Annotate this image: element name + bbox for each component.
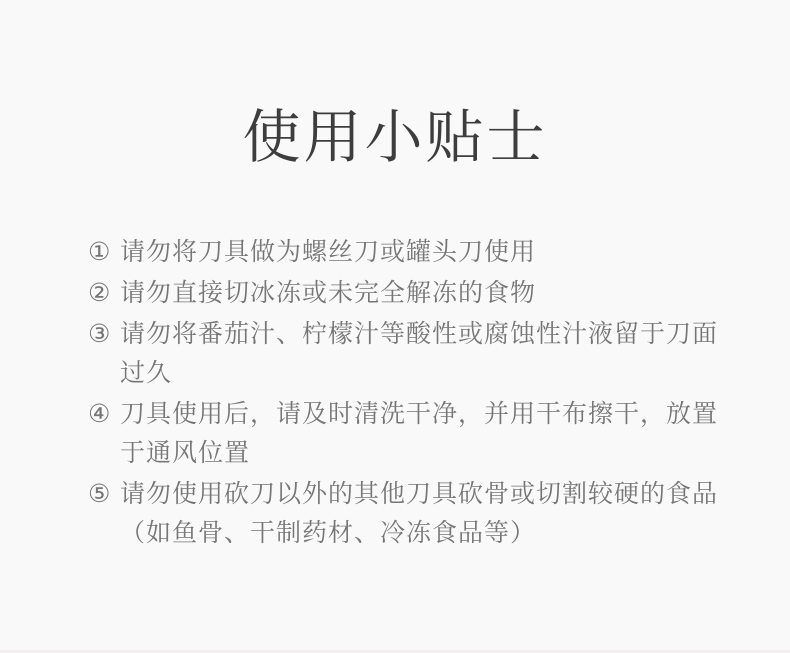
tip-marker: ⑤ [88, 475, 120, 514]
page-title: 使用小贴士 [0, 0, 790, 173]
tip-marker: ④ [88, 395, 120, 434]
tips-list: ① 请勿将刀具做为螺丝刀或罐头刀使用 ② 请勿直接切冰冻或未完全解冻的食物 ③ … [0, 233, 790, 553]
tip-text: 请勿将番茄汁、柠檬汁等酸性或腐蚀性汁液留于刀面过久 [120, 315, 732, 393]
tip-text: 请勿直接切冰冻或未完全解冻的食物 [120, 274, 536, 313]
tip-text: 请勿将刀具做为螺丝刀或罐头刀使用 [120, 233, 536, 272]
tip-marker: ③ [88, 315, 120, 354]
tip-text: 请勿使用砍刀以外的其他刀具砍骨或切割较硬的食品（如鱼骨、干制药材、冷冻食品等） [120, 475, 732, 553]
list-item: ③ 请勿将番茄汁、柠檬汁等酸性或腐蚀性汁液留于刀面过久 [88, 315, 740, 393]
list-item: ① 请勿将刀具做为螺丝刀或罐头刀使用 [88, 233, 740, 272]
tip-marker: ① [88, 233, 120, 272]
list-item: ② 请勿直接切冰冻或未完全解冻的食物 [88, 274, 740, 313]
tip-text: 刀具使用后，请及时清洗干净，并用干布擦干，放置于通风位置 [120, 395, 732, 473]
tip-marker: ② [88, 274, 120, 313]
list-item: ④ 刀具使用后，请及时清洗干净，并用干布擦干，放置于通风位置 [88, 395, 740, 473]
usage-tips-section: 使用小贴士 ① 请勿将刀具做为螺丝刀或罐头刀使用 ② 请勿直接切冰冻或未完全解冻… [0, 0, 790, 653]
list-item: ⑤ 请勿使用砍刀以外的其他刀具砍骨或切割较硬的食品（如鱼骨、干制药材、冷冻食品等… [88, 475, 740, 553]
